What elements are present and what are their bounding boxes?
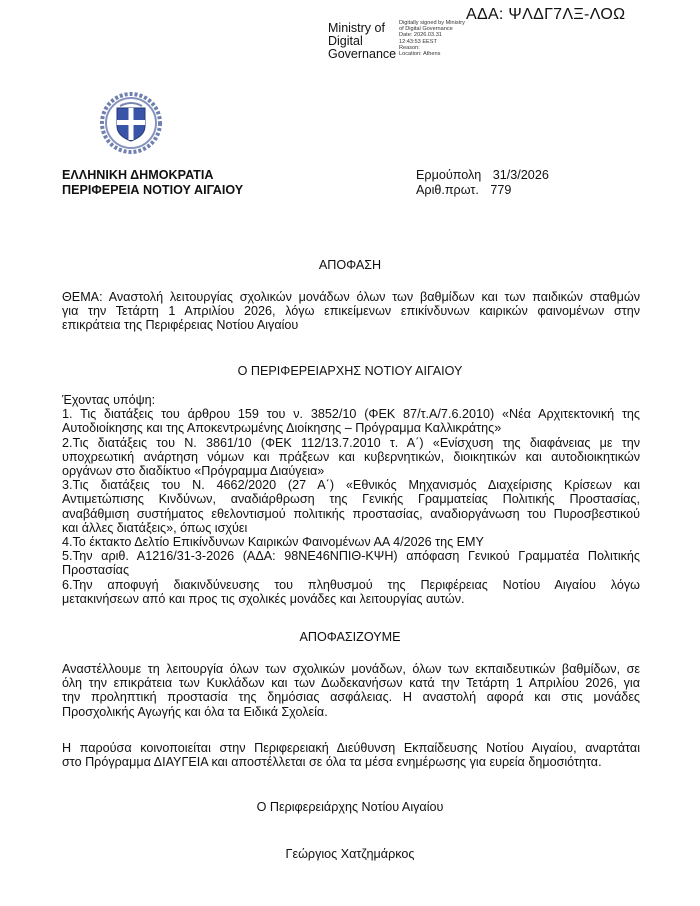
notification-line: στο Πρόγραμμα ΔΙΑΥΓΕΙΑ και αποστέλλεται … [62, 755, 640, 769]
protocol-number: 779 [490, 183, 511, 197]
greek-emblem-icon [100, 92, 162, 154]
considering-section: Έχοντας υπόψη: 1. Τις διατάξεις του άρθρ… [62, 393, 640, 606]
authority-title: Ο ΠΕΡΙΦΕΡΕΙΑΡΧΗΣ ΝΟΤΙΟΥ ΑΙΓΑΙΟΥ [0, 364, 700, 378]
notification-line: Η παρούσα κοινοποιείται στην Περιφερειακ… [62, 741, 640, 755]
subject-line: ΘΕΜΑ: Αναστολή λειτουργίας σχολικών μονά… [62, 290, 640, 304]
considering-item-5: 5.Την αριθ. Α1216/31-3-2026 (ΑΔΑ: 98ΝΕ46… [62, 549, 640, 563]
notification-paragraph: Η παρούσα κοινοποιείται στην Περιφερειακ… [62, 741, 640, 769]
signature-detail-line: Location: Athens [399, 51, 465, 57]
subject-paragraph: ΘΕΜΑ: Αναστολή λειτουργίας σχολικών μονά… [62, 290, 640, 333]
protocol-row: Αριθ.πρωτ. 779 [416, 183, 549, 198]
issuer-country: ΕΛΛΗΝΙΚΗ ΔΗΜΟΚΡΑΤΙΑ [62, 168, 243, 183]
protocol-label: Αριθ.πρωτ. [416, 183, 479, 197]
subject-line: για την Τετάρτη 1 Απριλίου 2026, λόγω επ… [62, 304, 640, 318]
considering-item-1: 1. Τις διατάξεις του άρθρου 159 του ν. 3… [62, 407, 640, 421]
considering-item-6: μετακινήσεων από και προς τις σχολικές μ… [62, 592, 640, 606]
signatory-name: Γεώργιος Χατζημάρκος [0, 847, 700, 861]
document-meta: Ερμούπολη 31/3/2026 Αριθ.πρωτ. 779 [416, 168, 549, 198]
considering-item-3: και άλλες διατάξεις», όπως ισχύει [62, 521, 640, 535]
considering-item-3: αναβάθμιση συστήματος εθελοντισμού πολιτ… [62, 507, 640, 521]
resolution-line: όλη την επικράτεια των Κυκλάδων και των … [62, 676, 640, 690]
signature-ministry-line: Governance [328, 48, 396, 61]
document-date: 31/3/2026 [493, 168, 549, 182]
place-label: Ερμούπολη [416, 168, 481, 182]
considering-intro: Έχοντας υπόψη: [62, 393, 640, 407]
resolution-line: Αναστέλλουμε τη λειτουργία όλων των σχολ… [62, 662, 640, 676]
issuer-header: ΕΛΛΗΝΙΚΗ ΔΗΜΟΚΡΑΤΙΑ ΠΕΡΙΦΕΡΕΙΑ ΝΟΤΙΟΥ ΑΙ… [62, 168, 243, 198]
considering-item-3: Αντιμετώπισης Κινδύνων, αναδιάρθρωση της… [62, 492, 640, 506]
signature-details: Digitally signed by Ministry of Digital … [399, 20, 465, 57]
place-date-row: Ερμούπολη 31/3/2026 [416, 168, 549, 183]
considering-item-1: Αυτοδιοίκησης και της Αποκεντρωμένης Διο… [62, 421, 640, 435]
decision-title: ΑΠΟΦΑΣΗ [0, 258, 700, 272]
signature-ministry: Ministry of Digital Governance [328, 22, 396, 61]
considering-item-2: υποχρεωτική ανάρτηση νόμων και πράξεων κ… [62, 450, 640, 464]
issuer-region: ΠΕΡΙΦΕΡΕΙΑ ΝΟΤΙΟΥ ΑΙΓΑΙΟΥ [62, 183, 243, 198]
resolution-line: την προληπτική προστασία της δημόσιας ασ… [62, 690, 640, 704]
ada-code: ΑΔΑ: ΨΛΔΓ7ΛΞ-ΛΟΩ [466, 6, 625, 24]
resolution-paragraph: Αναστέλλουμε τη λειτουργία όλων των σχολ… [62, 662, 640, 719]
subject-line: επικράτεια της Περιφέρειας Νοτίου Αιγαίο… [62, 318, 640, 332]
considering-item-2: οργάνων στο διαδίκτυο «Πρόγραμμα Διαύγει… [62, 464, 640, 478]
resolution-title: ΑΠΟΦΑΣΙΖΟΥΜΕ [0, 630, 700, 644]
considering-item-4: 4.Το έκτακτο Δελτίο Επικίνδυνων Καιρικών… [62, 535, 640, 549]
considering-item-3: 3.Τις διατάξεις του Ν. 4662/2020 (27 Α΄)… [62, 478, 640, 492]
considering-item-6: 6.Την αποφυγή διακινδύνευσης του πληθυσμ… [62, 578, 640, 592]
signatory-title: Ο Περιφερειάρχης Νοτίου Αιγαίου [0, 800, 700, 814]
resolution-line: Προσχολικής Αγωγής και όλα τα Ειδικά Σχο… [62, 705, 640, 719]
considering-item-2: 2.Τις διατάξεις του Ν. 3861/10 (ΦΕΚ 112/… [62, 436, 640, 450]
considering-item-5: Προστασίας [62, 563, 640, 577]
